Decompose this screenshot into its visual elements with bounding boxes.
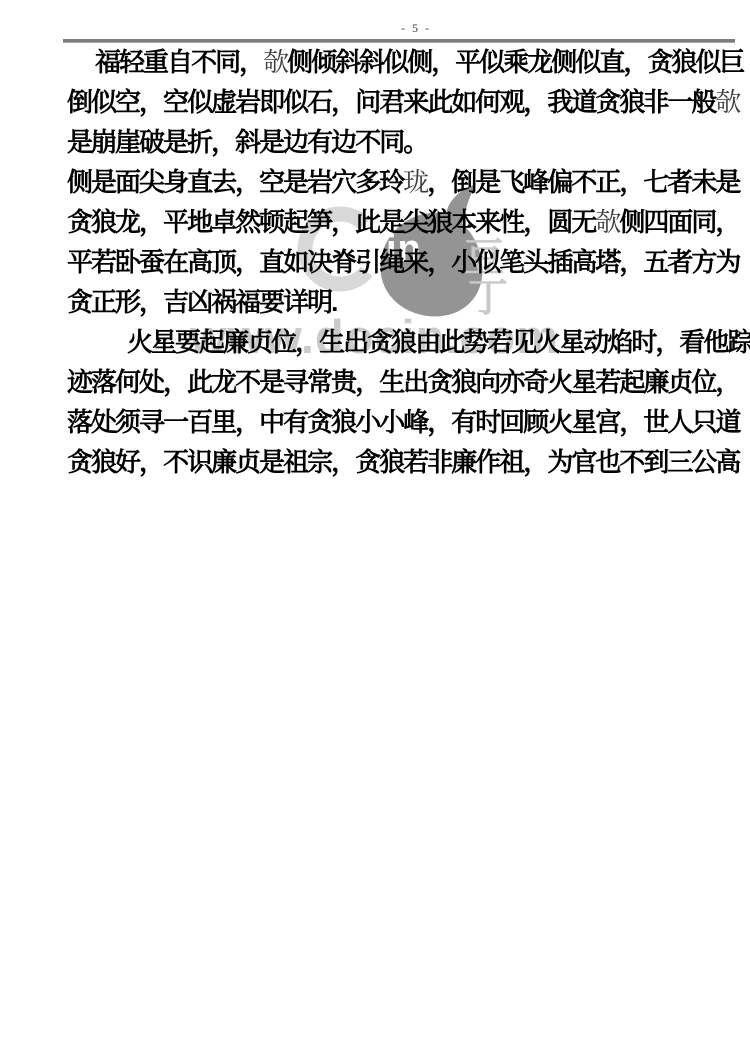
- text-line: 落处须寻一百里，中有贪狼小小峰，有时回顾火星宫，世人只道: [67, 402, 743, 442]
- document-page: - 5 - in 豆 丁 www.docin.com 福轻重自不同，欹侧倾斜斜似…: [0, 0, 750, 1061]
- text-line: 是崩崖破是折，斜是边有边不同。: [67, 122, 743, 162]
- text-line: 贪狼龙，平地卓然顿起笋，此是尖狼本来性，圆无欹侧四面同，: [67, 202, 743, 242]
- document-body: 福轻重自不同，欹侧倾斜斜似侧，平似乘龙侧似直，贪狼似巨倒似空，空似虚岩即似石，问…: [67, 42, 743, 482]
- text-line: 福轻重自不同，欹侧倾斜斜似侧，平似乘龙侧似直，贪狼似巨: [67, 42, 743, 82]
- text-line: 侧是面尖身直去，空是岩穴多玲珑，倒是飞峰偏不正，七者未是: [67, 162, 743, 202]
- text-line: 贪狼好，不识廉贞是祖宗，贪狼若非廉作祖，为官也不到三公高: [67, 442, 743, 482]
- text-line: 火星要起廉贞位，生出贪狼由此势若见火星动焰时，看他踪: [67, 322, 743, 362]
- text-line: 迹落何处，此龙不是寻常贵，生出贪狼向亦奇火星若起廉贞位，: [67, 362, 743, 402]
- text-line: 倒似空，空似虚岩即似石，问君来此如何观，我道贪狼非一般欹: [67, 82, 743, 122]
- text-line: 贪正形，吉凶祸福要详明.: [67, 282, 743, 322]
- page-number: - 5 -: [401, 21, 431, 36]
- text-line: 平若卧蚕在高顶，直如决脊引绳来，小似笔头插高塔，五者方为: [67, 242, 743, 282]
